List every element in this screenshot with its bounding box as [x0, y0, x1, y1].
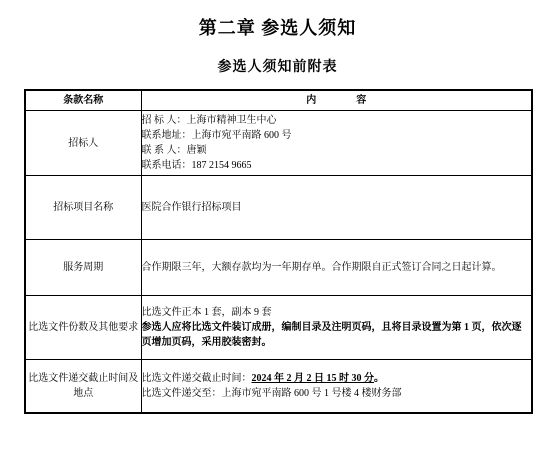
deadline-line: 比选文件递交截止时间：2024 年 2 月 2 日 15 时 30 分。 — [142, 371, 532, 386]
tenderer-name-line: 招 标 人：上海市精神卫生中心 — [142, 113, 532, 128]
service-period-line: 合作期限三年，大额存款均为一年期存单。合作期限自正式签订合同之日起计算。 — [142, 260, 532, 275]
document-page: 第二章 参选人须知 参选人须知前附表 条款名称 内 容 招标人 招 标 人：上海… — [0, 0, 555, 463]
row-content-project-name: 医院合作银行招标项目 — [141, 176, 532, 240]
tenderer-contact-line: 联 系 人：唐颖 — [142, 143, 532, 158]
table-header-row: 条款名称 内 容 — [25, 90, 532, 111]
table-row: 比选文件份数及其他要求 比选文件正本 1 套，副本 9 套 参选人应将比选文件装… — [25, 296, 532, 360]
deadline-period: 。 — [374, 373, 384, 384]
row-content-service-period: 合作期限三年，大额存款均为一年期存单。合作期限自正式签订合同之日起计算。 — [141, 240, 532, 296]
chapter-title: 第二章 参选人须知 — [0, 0, 555, 40]
copies-count-line: 比选文件正本 1 套，副本 9 套 — [142, 305, 532, 320]
row-label-project-name: 招标项目名称 — [25, 176, 141, 240]
row-label-tenderer: 招标人 — [25, 111, 141, 176]
row-content-document-copies: 比选文件正本 1 套，副本 9 套 参选人应将比选文件装订成册，编制目录及注明页… — [141, 296, 532, 360]
header-clause-name: 条款名称 — [25, 90, 141, 111]
header-content: 内 容 — [141, 90, 532, 111]
row-label-document-copies: 比选文件份数及其他要求 — [25, 296, 141, 360]
submission-address-line: 比选文件递交至：上海市宛平南路 600 号 1 号楼 4 楼财务部 — [142, 386, 532, 401]
row-content-tenderer: 招 标 人：上海市精神卫生中心 联系地址：上海市宛平南路 600 号 联 系 人… — [141, 111, 532, 176]
notice-front-table: 条款名称 内 容 招标人 招 标 人：上海市精神卫生中心 联系地址：上海市宛平南… — [24, 89, 533, 414]
project-name-line: 医院合作银行招标项目 — [142, 200, 532, 215]
table-row: 服务周期 合作期限三年，大额存款均为一年期存单。合作期限自正式签订合同之日起计算… — [25, 240, 532, 296]
row-label-service-period: 服务周期 — [25, 240, 141, 296]
deadline-datetime: 2024 年 2 月 2 日 15 时 30 分 — [252, 373, 375, 384]
table-row: 比选文件递交截止时间及地点 比选文件递交截止时间：2024 年 2 月 2 日 … — [25, 360, 532, 413]
tenderer-phone-line: 联系电话：187 2154 9665 — [142, 158, 532, 173]
table-title: 参选人须知前附表 — [0, 56, 555, 76]
deadline-prefix: 比选文件递交截止时间： — [142, 373, 252, 384]
row-content-submission-deadline: 比选文件递交截止时间：2024 年 2 月 2 日 15 时 30 分。 比选文… — [141, 360, 532, 413]
table-row: 招标项目名称 医院合作银行招标项目 — [25, 176, 532, 240]
table-row: 招标人 招 标 人：上海市精神卫生中心 联系地址：上海市宛平南路 600 号 联… — [25, 111, 532, 176]
binding-requirement-note: 参选人应将比选文件装订成册，编制目录及注明页码，且将目录设置为第 1 页，依次逐… — [142, 320, 532, 350]
tenderer-address-line: 联系地址：上海市宛平南路 600 号 — [142, 128, 532, 143]
row-label-submission-deadline: 比选文件递交截止时间及地点 — [25, 360, 141, 413]
